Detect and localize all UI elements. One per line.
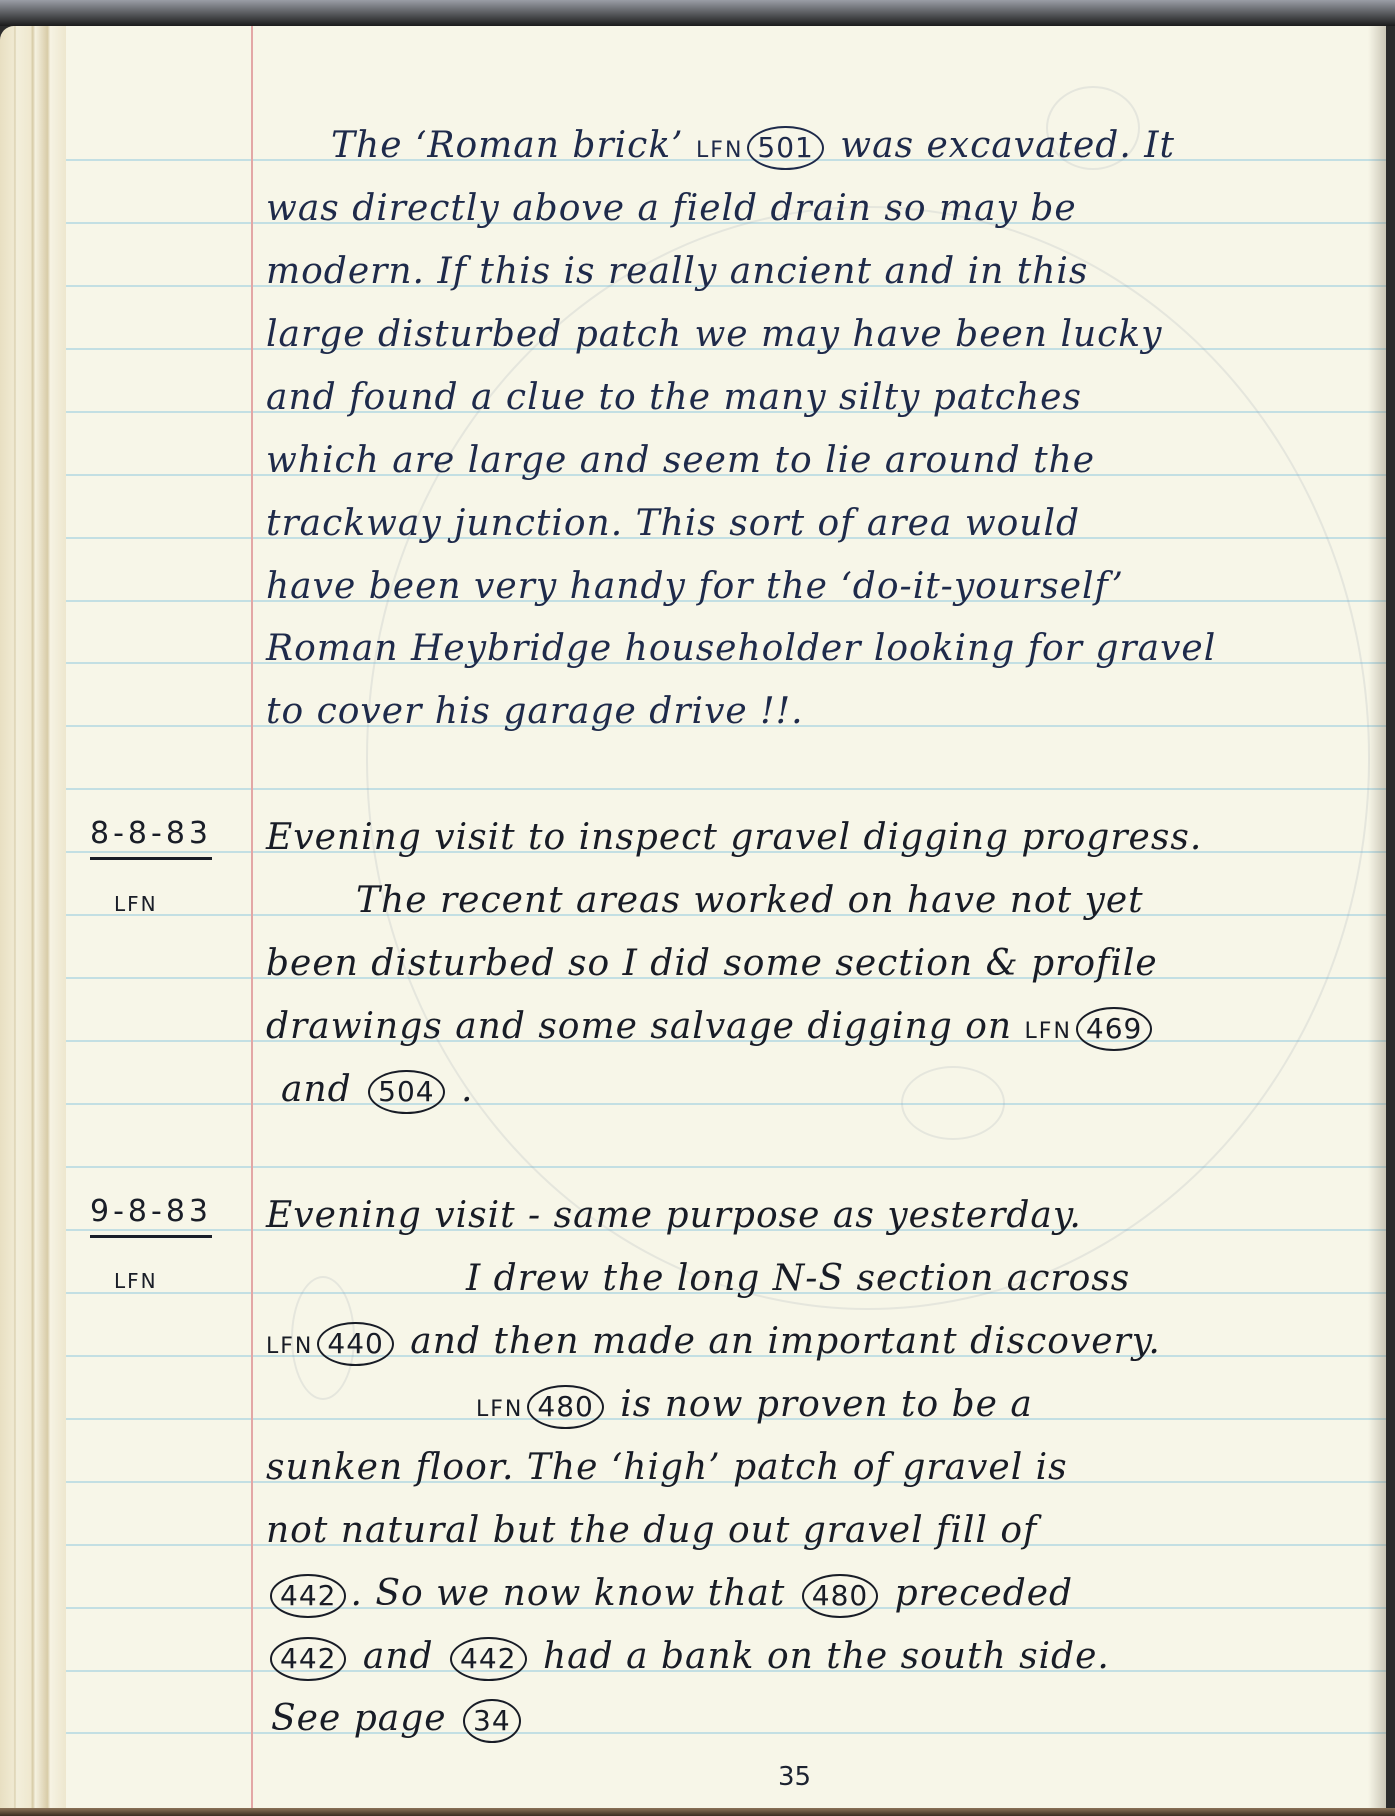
text-fragment: The ‘Roman brick’ bbox=[331, 125, 696, 166]
text-line: not natural but the dug out gravel fill … bbox=[266, 1511, 1037, 1551]
circled-feature-number: 480 bbox=[802, 1574, 878, 1618]
text-line: large disturbed patch we may have been l… bbox=[266, 315, 1162, 355]
circled-feature-number: 501 bbox=[747, 126, 823, 170]
page-number: 35 bbox=[778, 1762, 811, 1792]
ruled-line bbox=[66, 1732, 1386, 1734]
notebook-page: The ‘Roman brick’ LFN501 was excavated. … bbox=[66, 26, 1386, 1808]
text-line: drawings and some salvage digging on LFN… bbox=[266, 1007, 1156, 1052]
text-line: and found a clue to the many silty patch… bbox=[266, 378, 1082, 418]
show-through-sketch bbox=[366, 206, 1370, 1310]
text-line: modern. If this is really ancient and in… bbox=[266, 252, 1088, 292]
text-line: Evening visit - same purpose as yesterda… bbox=[266, 1196, 1082, 1236]
circled-page-reference: 34 bbox=[463, 1699, 521, 1743]
text-line: LFN480 is now proven to be a bbox=[476, 1385, 1033, 1430]
entry-date: 8-8-83 bbox=[90, 816, 212, 860]
text-line: The recent areas worked on have not yet bbox=[356, 881, 1144, 921]
text-line: 442 and 442 had a bank on the south side… bbox=[266, 1637, 1110, 1681]
circled-feature-number: 504 bbox=[368, 1070, 444, 1114]
text-fragment: and bbox=[350, 1636, 446, 1677]
entry-site-tag: LFN bbox=[114, 892, 158, 916]
text-line: was directly above a field drain so may … bbox=[266, 189, 1077, 229]
entry-site-tag: LFN bbox=[114, 1269, 158, 1293]
scan-top-edge bbox=[0, 0, 1395, 26]
text-line: which are large and seem to lie around t… bbox=[266, 441, 1095, 481]
margin-line bbox=[251, 26, 253, 1808]
lfn-label: LFN bbox=[1025, 1019, 1072, 1044]
text-line: Evening visit to inspect gravel digging … bbox=[266, 818, 1202, 858]
text-fragment: See page bbox=[271, 1698, 459, 1739]
page-right-shadow bbox=[1368, 26, 1386, 1808]
text-fragment: preceded bbox=[882, 1573, 1073, 1614]
text-fragment: . So we now know that bbox=[350, 1573, 797, 1614]
show-through-sketch bbox=[901, 1066, 1005, 1140]
text-line: Roman Heybridge householder looking for … bbox=[266, 629, 1216, 669]
lfn-label: LFN bbox=[476, 1397, 523, 1422]
circled-feature-number: 480 bbox=[527, 1385, 603, 1429]
text-line: and 504 . bbox=[281, 1070, 473, 1114]
text-line: I drew the long N-S section across bbox=[466, 1259, 1130, 1299]
lfn-label: LFN bbox=[696, 138, 743, 163]
text-line: LFN440 and then made an important discov… bbox=[266, 1322, 1161, 1367]
text-line: 442. So we now know that 480 preceded bbox=[266, 1574, 1073, 1618]
lfn-label: LFN bbox=[266, 1334, 313, 1359]
text-line: have been very handy for the ‘do-it-your… bbox=[266, 567, 1124, 607]
circled-feature-number: 442 bbox=[270, 1574, 346, 1618]
entry-date: 9-8-83 bbox=[90, 1194, 212, 1238]
text-line: to cover his garage drive !!. bbox=[266, 692, 804, 732]
scan-bottom-edge bbox=[0, 1808, 1395, 1816]
text-line: been disturbed so I did some section & p… bbox=[266, 944, 1158, 984]
text-fragment: was excavated. It bbox=[828, 125, 1175, 166]
text-line: trackway junction. This sort of area wou… bbox=[266, 504, 1080, 544]
notebook-page-edges bbox=[0, 26, 68, 1808]
text-line: sunken floor. The ‘high’ patch of gravel… bbox=[266, 1448, 1068, 1488]
circled-feature-number: 440 bbox=[317, 1322, 393, 1366]
circled-feature-number: 469 bbox=[1076, 1007, 1152, 1051]
text-line: The ‘Roman brick’ LFN501 was excavated. … bbox=[331, 126, 1175, 171]
circled-feature-number: 442 bbox=[270, 1637, 346, 1681]
text-line: See page 34 bbox=[271, 1699, 525, 1743]
text-fragment: is now proven to be a bbox=[608, 1384, 1033, 1425]
circled-feature-number: 442 bbox=[450, 1637, 526, 1681]
text-fragment: and then made an important discovery. bbox=[398, 1321, 1161, 1362]
text-fragment: . bbox=[449, 1069, 474, 1110]
text-fragment: and bbox=[281, 1069, 364, 1110]
text-fragment: drawings and some salvage digging on bbox=[266, 1006, 1025, 1047]
text-fragment: had a bank on the south side. bbox=[531, 1636, 1110, 1677]
